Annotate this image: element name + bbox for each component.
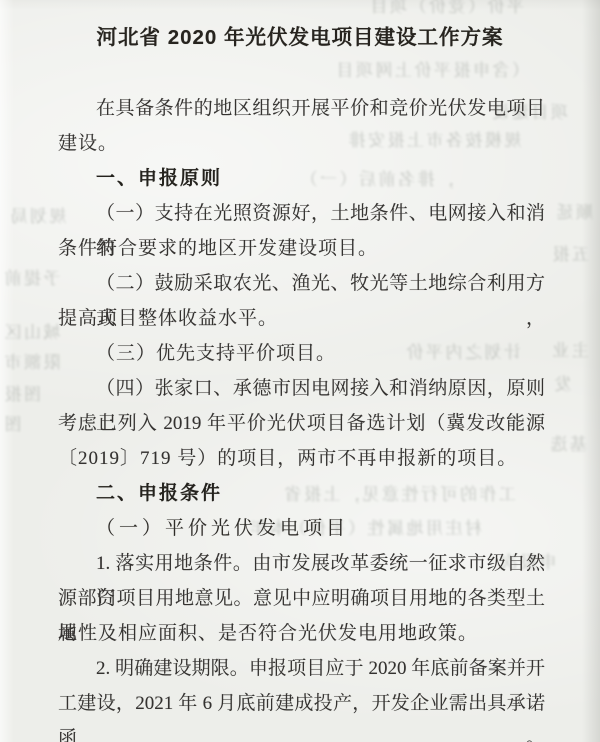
bleed-through-text: 基选	[548, 430, 587, 455]
bleed-through-text: 城山区	[2, 318, 61, 343]
paragraph-line: 1. 落实用地条件。由市发展改革委统一征求市级自然资	[58, 546, 545, 581]
bleed-through-text: 予提前	[2, 264, 61, 289]
document-body: 在具备条件的地区组织开展平价和竞价光伏发电项目 建设。 一、申报原则 （一）支持…	[58, 91, 545, 721]
bleed-through-text: 发	[552, 370, 572, 395]
paragraph-line: 2. 明确建设期限。申报项目应于 2020 年底前备案并开	[58, 651, 545, 686]
paragraph-line: 在具备条件的地区组织开展平价和竞价光伏发电项目	[58, 91, 545, 126]
bleed-through-text: 图	[2, 410, 22, 435]
paragraph-line: 工建设，2021 年 6 月底前建成投产，开发企业需出具承诺函。	[58, 686, 545, 721]
document-title: 河北省 2020 年光伏发电项目建设工作方案	[0, 20, 600, 50]
paragraph-line: 条件符合要求的地区开发建设项目。	[58, 231, 545, 266]
paragraph-line: 考虑已列入 2019 年平价光伏项目备选计划（冀发改能源	[58, 406, 545, 441]
bleed-through-text: （含申报平价上网项目	[334, 56, 529, 81]
subsection-heading: （一）平价光伏发电项目	[58, 511, 545, 546]
paragraph-line: 建设。	[58, 126, 545, 161]
bleed-through-text: 顺延	[554, 198, 593, 223]
paragraph-line: （一）支持在光照资源好，土地条件、电网接入和消纳	[58, 196, 545, 231]
scanned-document-page: 平价（竞价）项目 （含申报平价上网项目 项目建设 规模按各市上报安排 ，排名前后…	[0, 0, 600, 742]
paragraph-line: （三）优先支持平价项目。	[58, 336, 545, 371]
bleed-through-text: 图报	[2, 380, 41, 405]
paragraph-line: 〔2019〕719 号）的项目，两市不再申报新的项目。	[58, 441, 545, 476]
section-heading: 二、申报条件	[58, 476, 545, 511]
section-heading: 一、申报原则	[58, 161, 545, 196]
paragraph-line: 属性及相应面积、是否符合光伏发电用地政策。	[58, 616, 545, 651]
paragraph-line: （二）鼓励采取农光、渔光、牧光等土地综合利用方式，	[58, 266, 545, 301]
bleed-through-text: 平价（竞价）项目	[368, 0, 524, 17]
bleed-through-text: 五报	[550, 240, 589, 265]
bleed-through-text: 限额市	[2, 348, 61, 373]
bleed-through-text: 主业	[550, 336, 589, 361]
paragraph-line: （四）张家口、承德市因电网接入和消纳原因，原则上	[58, 371, 545, 406]
paragraph-line: 源部门项目用地意见。意见中应明确项目用地的各类型土地	[58, 581, 545, 616]
